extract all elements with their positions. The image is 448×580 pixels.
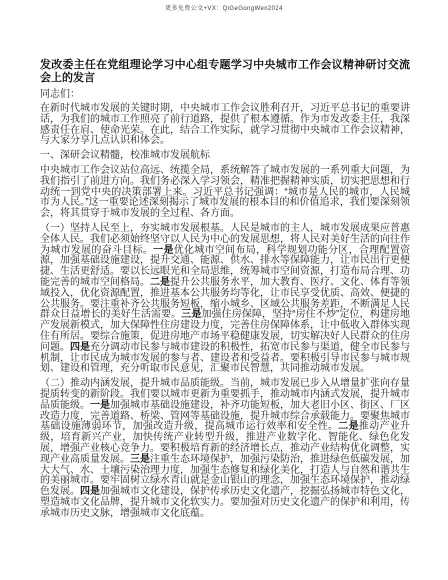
paragraphs-container: 在新时代城市发展的关键时期，中央城市工作会议胜利召开，习近平总书记的重要讲话，为… [40, 104, 410, 519]
bold-enumerator: 三是 [130, 454, 150, 465]
paragraph: 在新时代城市发展的关键时期，中央城市工作会议胜利召开，习近平总书记的重要讲话，为… [40, 104, 410, 147]
text-segment: 充分调动市民参与城市建设的积极性，拓宽市民参与渠道，健全市民参与机制，让市民成为… [40, 342, 410, 375]
bold-enumerator: 一是 [90, 400, 110, 411]
watermark-text: 更多免费公文+VX：QiGeGongWen2024 [0, 0, 448, 13]
bold-enumerator: 三是 [181, 309, 201, 320]
bold-enumerator: 二是 [338, 421, 359, 432]
bold-enumerator: 四是 [80, 486, 100, 497]
paragraph: （一）坚持人民至上，夯实城市发展根基。人民是城市的主人，城市发展成果应普惠全体人… [40, 224, 410, 375]
bold-enumerator: 四是 [70, 342, 90, 353]
bold-enumerator: 一是 [153, 245, 174, 256]
salutation: 同志们： [40, 89, 410, 100]
paragraph: （二）推动内涵发展，提升城市品质能级。当前，城市发展已步入从增量扩张向存量提质转… [40, 379, 410, 519]
text-segment: 中央城市工作会议站位高远、统揽全局，系统解答了城市发展的一系列重大问题，为我们指… [40, 165, 410, 219]
text-segment: 在新时代城市发展的关键时期，中央城市工作会议胜利召开，习近平总书记的重要讲话，为… [40, 103, 410, 146]
text-segment: 一、深研会议精髓，校准城市发展航标 [40, 150, 210, 161]
paragraph: 中央城市工作会议站位高远、统揽全局，系统解答了城市发展的一系列重大问题，为我们指… [40, 166, 410, 220]
document-title: 发改委主任在党组理论学习中心组专题学习中央城市工作会议精神研讨交流会上的发言 [40, 59, 410, 84]
section-heading: 一、深研会议精髓，校准城市发展航标 [40, 151, 410, 162]
document-body: 发改委主任在党组理论学习中心组专题学习中央城市工作会议精神研讨交流会上的发言 同… [0, 59, 448, 519]
document-page: { "page": { "watermark": "更多免费公文+VX：QiGe… [0, 0, 448, 580]
bold-enumerator: 二是 [150, 277, 170, 288]
